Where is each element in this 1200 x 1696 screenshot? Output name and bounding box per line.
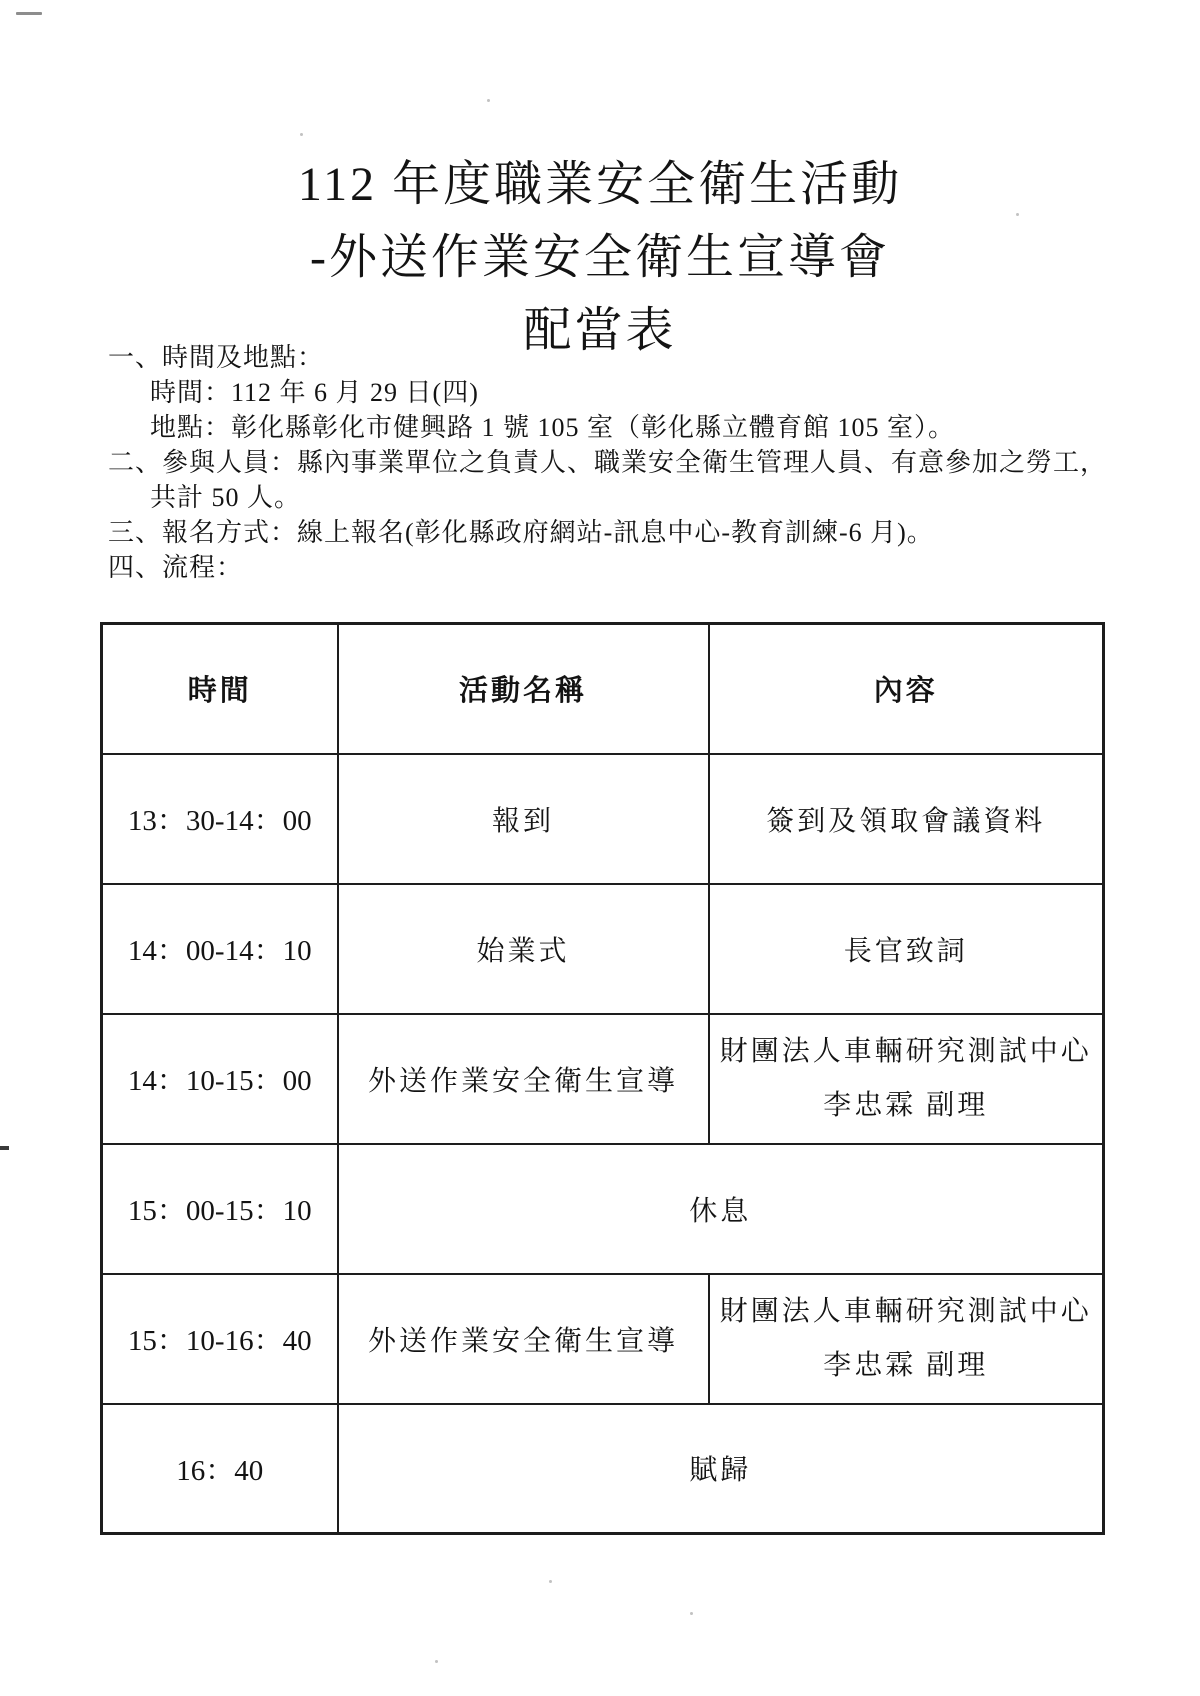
header-activity: 活動名稱 (338, 624, 709, 754)
row-content: 簽到及領取會議資料 (709, 754, 1104, 884)
row-time: 16：40 (102, 1404, 338, 1534)
body-text: 一、時間及地點： 時間：112 年 6 月 29 日(四) 地點：彰化縣彰化市健… (108, 340, 1138, 585)
scan-speck (300, 133, 303, 136)
scan-speck (435, 1660, 438, 1663)
row-time: 13：30-14：00 (102, 754, 338, 884)
row-content: 長官致詞 (709, 884, 1104, 1014)
scan-speck (487, 99, 490, 102)
row-activity: 外送作業安全衛生宣導 (338, 1274, 709, 1404)
document-title: 112 年度職業安全衛生活動 -外送作業安全衛生宣導會 配當表 (0, 148, 1200, 367)
row-activity: 報到 (338, 754, 709, 884)
schedule-table: 時間 活動名稱 內容 13：30-14：00 報到 簽到及領取會議資料 14：0… (100, 622, 1105, 1535)
scan-artifact-edge-mark (0, 1146, 9, 1150)
row-merged-activity: 賦歸 (338, 1404, 1104, 1534)
table-row: 13：30-14：00 報到 簽到及領取會議資料 (102, 754, 1104, 884)
table-row: 14：10-15：00 外送作業安全衛生宣導 財團法人車輛研究測試中心 李忠霖 … (102, 1014, 1104, 1144)
table-row: 16：40 賦歸 (102, 1404, 1104, 1534)
table-row: 14：00-14：10 始業式 長官致詞 (102, 884, 1104, 1014)
body-line-agenda-heading: 四、流程： (108, 550, 1138, 585)
body-line-time: 時間：112 年 6 月 29 日(四) (108, 375, 1138, 410)
table-row: 15：00-15：10 休息 (102, 1144, 1104, 1274)
content-organization: 財團法人車輛研究測試中心 (710, 1025, 1103, 1079)
row-time: 14：00-14：10 (102, 884, 338, 1014)
body-line-place: 地點：彰化縣彰化市健興路 1 號 105 室（彰化縣立體育館 105 室）。 (108, 410, 1138, 445)
row-activity: 始業式 (338, 884, 709, 1014)
row-activity: 外送作業安全衛生宣導 (338, 1014, 709, 1144)
table-row: 15：10-16：40 外送作業安全衛生宣導 財團法人車輛研究測試中心 李忠霖 … (102, 1274, 1104, 1404)
scan-speck (549, 1580, 552, 1583)
row-time: 14：10-15：00 (102, 1014, 338, 1144)
row-time: 15：00-15：10 (102, 1144, 338, 1274)
header-content: 內容 (709, 624, 1104, 754)
scanned-document-page: 112 年度職業安全衛生活動 -外送作業安全衛生宣導會 配當表 一、時間及地點：… (0, 0, 1200, 1696)
header-time: 時間 (102, 624, 338, 754)
row-time: 15：10-16：40 (102, 1274, 338, 1404)
scan-artifact-dash (16, 12, 42, 15)
row-content: 財團法人車輛研究測試中心 李忠霖 副理 (709, 1014, 1104, 1144)
body-line-participants-count: 共計 50 人。 (108, 480, 1138, 515)
row-merged-activity: 休息 (338, 1144, 1104, 1274)
content-speaker: 李忠霖 副理 (710, 1079, 1103, 1133)
body-line-participants: 二、參與人員：縣內事業單位之負責人、職業安全衛生管理人員、有意參加之勞工， (108, 445, 1138, 480)
body-line-time-place-heading: 一、時間及地點： (108, 340, 1138, 375)
table-header-row: 時間 活動名稱 內容 (102, 624, 1104, 754)
title-line-1: 112 年度職業安全衛生活動 (0, 148, 1200, 221)
row-content: 財團法人車輛研究測試中心 李忠霖 副理 (709, 1274, 1104, 1404)
scan-speck (690, 1612, 693, 1615)
body-line-registration: 三、報名方式：線上報名(彰化縣政府網站-訊息中心-教育訓練-6 月)。 (108, 515, 1138, 550)
content-organization: 財團法人車輛研究測試中心 (710, 1285, 1103, 1339)
title-line-2: -外送作業安全衛生宣導會 (0, 221, 1200, 294)
content-speaker: 李忠霖 副理 (710, 1339, 1103, 1393)
